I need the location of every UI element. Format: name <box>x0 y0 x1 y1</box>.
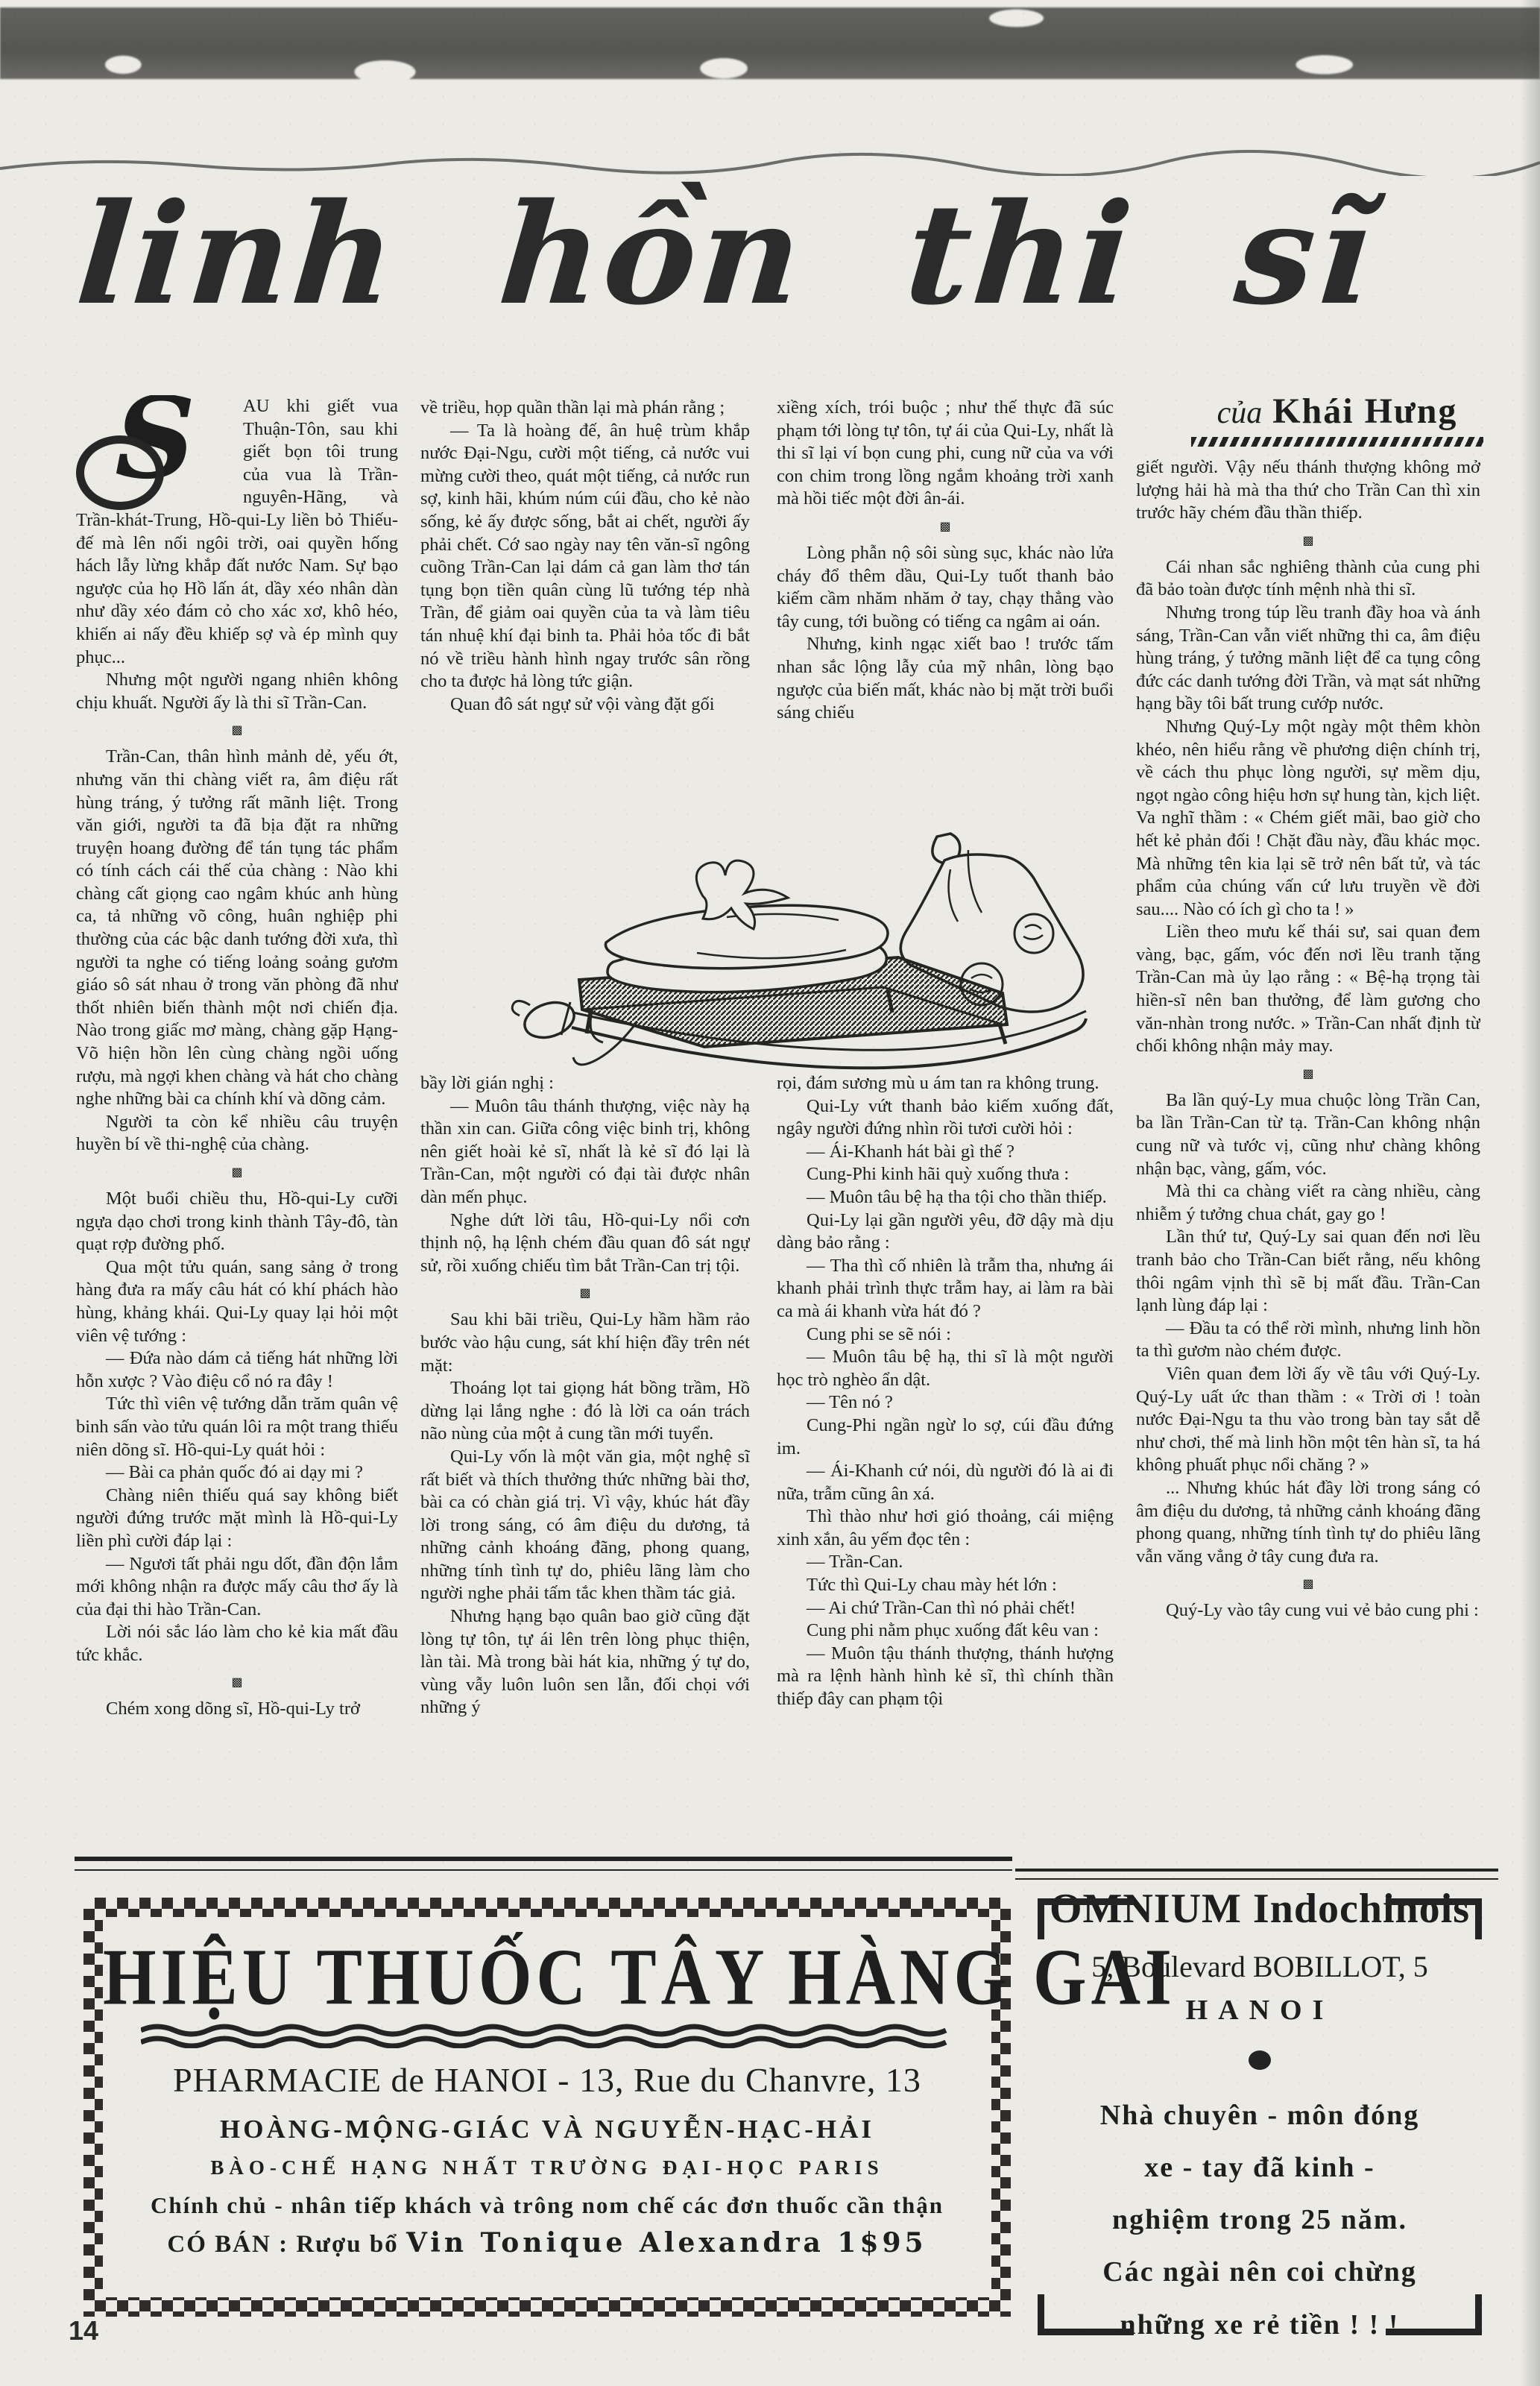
pharmacy-ad-owners: HOÀNG-MỘNG-GIÁC VÀ NGUYỄN-HẠC-HẢI <box>103 2114 991 2145</box>
section-separator: ▩ <box>1136 1574 1480 1593</box>
paragraph: nghiệm trong 25 năm. <box>1038 2194 1482 2246</box>
column-3-top: xiềng xích, trói buộc ; như thế thực đã … <box>777 397 1114 811</box>
paragraph: Mà thi ca chàng viết ra càng nhiều, càng… <box>1136 1180 1480 1226</box>
pharmacy-ad-content: HIỆU THUỐC TÂY HÀNG GAI PHARMACIE de HAN… <box>103 1917 991 2297</box>
paragraph: Cái nhan sắc nghiêng thành của cung phi … <box>1136 556 1480 602</box>
byline: củaKhái Hưng <box>1191 394 1483 447</box>
paragraph: Trần-Can, thân hình mảnh dẻ, yếu ớt, như… <box>76 746 398 1111</box>
paragraph: — Muôn tâu bệ hạ, thi sĩ là một người họ… <box>777 1346 1114 1391</box>
paragraph: Cung phi se sẽ nói : <box>777 1323 1114 1347</box>
paragraph: Chàng niên thiếu quá say không biết ngườ… <box>76 1485 398 1553</box>
paragraph: Các ngài nên coi chừng <box>1038 2246 1482 2298</box>
paragraph: Tức thì viên vệ tướng dẫn trăm quân vệ b… <box>76 1393 398 1461</box>
paragraph: — Ái-Khanh cứ nói, dù người đó là ai đi … <box>777 1460 1114 1505</box>
paragraph: Nhưng, kinh ngạc xiết bao ! trước tấm nh… <box>777 633 1114 724</box>
omnium-ad-corner-tl <box>1038 1898 1134 1939</box>
paragraph: — Trần-Can. <box>777 1551 1114 1574</box>
opening-paragraph: SAU khi giết vua Thuận-Tôn, sau khi giết… <box>76 395 398 669</box>
paragraph: Liền theo mưu kế thái sư, sai quan đem v… <box>1136 921 1480 1058</box>
omnium-ad-city: HANOI <box>1038 1994 1482 2028</box>
column-3-bottom: rọi, đám sương mù u ám tan ra không trun… <box>777 1072 1114 1840</box>
paragraph: Nghe dứt lời tâu, Hồ-qui-Ly nổi cơn thịn… <box>420 1209 750 1278</box>
pharmacy-ad-product-line: CÓ BÁN : Rượu bổ Vin Tonique Alexandra 1… <box>103 2229 991 2260</box>
byline-prefix: của <box>1217 396 1263 430</box>
paragraph: — Ta là hoàng đế, ân huệ trùm khắp nước … <box>420 420 750 693</box>
section-separator: ▩ <box>76 1672 398 1692</box>
paragraph: ... Nhưng khúc hát đầy lời trong sáng có… <box>1136 1477 1480 1568</box>
paragraph: Thoáng lọt tai giọng hát bồng trầm, Hồ d… <box>420 1377 750 1446</box>
column-2-bottom: bầy lời gián nghị :— Muôn tâu thánh thượ… <box>420 1072 750 1840</box>
paragraph: Thì thào như hơi gió thoảng, cái miệng x… <box>777 1505 1114 1551</box>
drop-cap: S <box>76 400 233 495</box>
paragraph: Qui-Ly vứt thanh bảo kiếm xuống đất, ngâ… <box>777 1095 1114 1141</box>
paragraph: Lời nói sắc láo làm cho kẻ kia mất đầu t… <box>76 1621 398 1666</box>
newspaper-page: linh hồn thi sĩ củaKhái Hưng SAU khi giế… <box>0 0 1540 2386</box>
scan-crease-line <box>0 146 1540 176</box>
omnium-ad-corner-tr <box>1386 1898 1482 1939</box>
pharmacy-ad-service-note: Chính chủ - nhân tiếp khách và trông nom… <box>103 2191 991 2219</box>
column-1: SAU khi giết vua Thuận-Tôn, sau khi giết… <box>76 395 398 1831</box>
pharmacy-ad-product-prefix: CÓ BÁN : Rượu bổ <box>167 2231 406 2258</box>
page-title: linh hồn thi sĩ <box>72 185 1180 324</box>
page-number: 14 <box>69 2317 98 2344</box>
byline-underline <box>1191 437 1483 447</box>
section-separator: ▩ <box>777 517 1114 536</box>
paragraph: Tức thì Qui-Ly chau mày hét lớn : <box>777 1574 1114 1597</box>
omnium-ad-corner-bl <box>1038 2294 1134 2335</box>
pharmacy-ad: HIỆU THUỐC TÂY HÀNG GAI PHARMACIE de HAN… <box>83 1898 1011 2317</box>
section-separator: ▩ <box>1136 1064 1480 1083</box>
paragraph: Quý-Ly vào tây cung vui vẻ bảo cung phi … <box>1136 1599 1480 1622</box>
omnium-ad-dot-ornament <box>1249 2050 1271 2070</box>
paragraph: Viên quan đem lời ấy về tâu với Quý-Ly. … <box>1136 1363 1480 1477</box>
paragraph: Cung-Phi ngần ngừ lo sợ, cúi đầu đứng im… <box>777 1414 1114 1460</box>
column-4: giết người. Vậy nếu thánh thượng không m… <box>1136 456 1480 1834</box>
paragraph: Qui-Ly lại gần người yêu, đỡ dậy mà dịu … <box>777 1209 1114 1255</box>
paragraph: — Muôn tâu bệ hạ tha tội cho thần thiếp. <box>777 1186 1114 1209</box>
paragraph: Lần thứ tư, Quý-Ly sai quan đến nơi lều … <box>1136 1226 1480 1317</box>
paragraph: rọi, đám sương mù u ám tan ra không trun… <box>777 1072 1114 1095</box>
pharmacy-ad-address: PHARMACIE de HANOI - 13, Rue du Chanvre,… <box>103 2059 991 2102</box>
paragraph: Lòng phẫn nộ sôi sùng sục, khác nào lửa … <box>777 542 1114 633</box>
section-separator: ▩ <box>1136 531 1480 550</box>
paragraph: Qua một tửu quán, sang sảng ở trong hàng… <box>76 1256 398 1347</box>
paragraph: — Ngươi tất phải ngu dốt, đần độn lắm mớ… <box>76 1553 398 1622</box>
section-separator: ▩ <box>76 1162 398 1182</box>
footer-rule-left <box>75 1857 1012 1871</box>
paragraph: về triều, họp quần thần lại mà phán rằng… <box>420 397 750 420</box>
paragraph: Nhưng Quý-Ly một ngày một thêm khòn khéo… <box>1136 716 1480 921</box>
section-separator: ▩ <box>76 720 398 740</box>
paragraph: Nhưng hạng bạo quân bao giờ cũng đặt lòn… <box>420 1605 750 1719</box>
paragraph: Một buổi chiều thu, Hồ-qui-Ly cưỡi ngựa … <box>76 1188 398 1256</box>
column-2-top: về triều, họp quần thần lại mà phán rằng… <box>420 397 750 811</box>
paragraph: — Ái-Khanh hát bài gì thế ? <box>777 1141 1114 1164</box>
footer-rule-right <box>1015 1869 1498 1880</box>
paragraph: Sau khi bãi triều, Qui-Ly hầm hầm rảo bư… <box>420 1309 750 1377</box>
paragraph: xe - tay đã kinh - <box>1038 2141 1482 2194</box>
paragraph: giết người. Vậy nếu thánh thượng không m… <box>1136 456 1480 525</box>
paragraph: xiềng xích, trói buộc ; như thế thực đã … <box>777 397 1114 511</box>
paragraph: — Đứa nào dám cả tiếng hát những lời hỗn… <box>76 1347 398 1393</box>
paragraph: Người ta còn kể nhiều câu truyện huyền b… <box>76 1111 398 1156</box>
section-separator: ▩ <box>420 1283 750 1303</box>
paragraph: — Tha thì cố nhiên là trẫm tha, nhưng ái… <box>777 1255 1114 1323</box>
pharmacy-ad-title: HIỆU THUỐC TÂY HÀNG GAI <box>103 1936 991 2018</box>
paragraph: — Bài ca phản quốc đó ai dạy mi ? <box>76 1461 398 1485</box>
paragraph: — Ai chứ Trần-Can thì nó phải chết! <box>777 1597 1114 1620</box>
paragraph: — Muôn tậu thánh thượng, thánh hượng mà … <box>777 1643 1114 1711</box>
omnium-ad: OMNIUM Indochinois 5, Boulevard BOBILLOT… <box>1038 1885 1482 2335</box>
paragraph: bầy lời gián nghị : <box>420 1072 750 1095</box>
sword-and-robes-illustration <box>481 807 1099 1075</box>
paragraph: Qui-Ly vốn là một văn gia, một nghệ sĩ r… <box>420 1446 750 1605</box>
column-1-paragraphs: Nhưng một người ngang nhiên không chịu k… <box>76 669 398 1721</box>
paragraph: Nhưng một người ngang nhiên không chịu k… <box>76 669 398 714</box>
pharmacy-ad-wavy-rule <box>141 2023 953 2048</box>
scan-torn-top-edge <box>0 7 1540 79</box>
pharmacy-ad-product: Vin Tonique Alexandra 1$95 <box>406 2227 927 2258</box>
paragraph: — Đầu ta có thể rời mình, nhưng linh hồn… <box>1136 1318 1480 1363</box>
paragraph: — Muôn tâu thánh thượng, việc này hạ thầ… <box>420 1095 750 1209</box>
paragraph: Chém xong dõng sĩ, Hồ-qui-Ly trở <box>76 1698 398 1721</box>
paragraph: Nhà chuyên - môn đóng <box>1038 2089 1482 2141</box>
paragraph: Ba lần quý-Ly mua chuộc lòng Trần Can, b… <box>1136 1089 1480 1180</box>
omnium-ad-corner-br <box>1386 2294 1482 2335</box>
paragraph: Cung-Phi kinh hãi quỳ xuống thưa : <box>777 1163 1114 1186</box>
pharmacy-ad-credentials: BÀO-CHẾ HẠNG NHẤT TRƯỜNG ĐẠI-HỌC PARIS <box>103 2156 991 2179</box>
paragraph: — Tên nó ? <box>777 1391 1114 1414</box>
omnium-ad-address: 5, Boulevard BOBILLOT, 5 <box>1038 1949 1482 1985</box>
scan-edge-smudge <box>1521 0 1540 2386</box>
paragraph: Nhưng trong túp lều tranh đầy hoa và ánh… <box>1136 602 1480 716</box>
paragraph: Quan đô sát ngự sử vội vàng đặt gối <box>420 693 750 717</box>
byline-author: Khái Hưng <box>1272 391 1457 431</box>
paragraph: Cung phi nằm phục xuống đất kêu van : <box>777 1619 1114 1643</box>
